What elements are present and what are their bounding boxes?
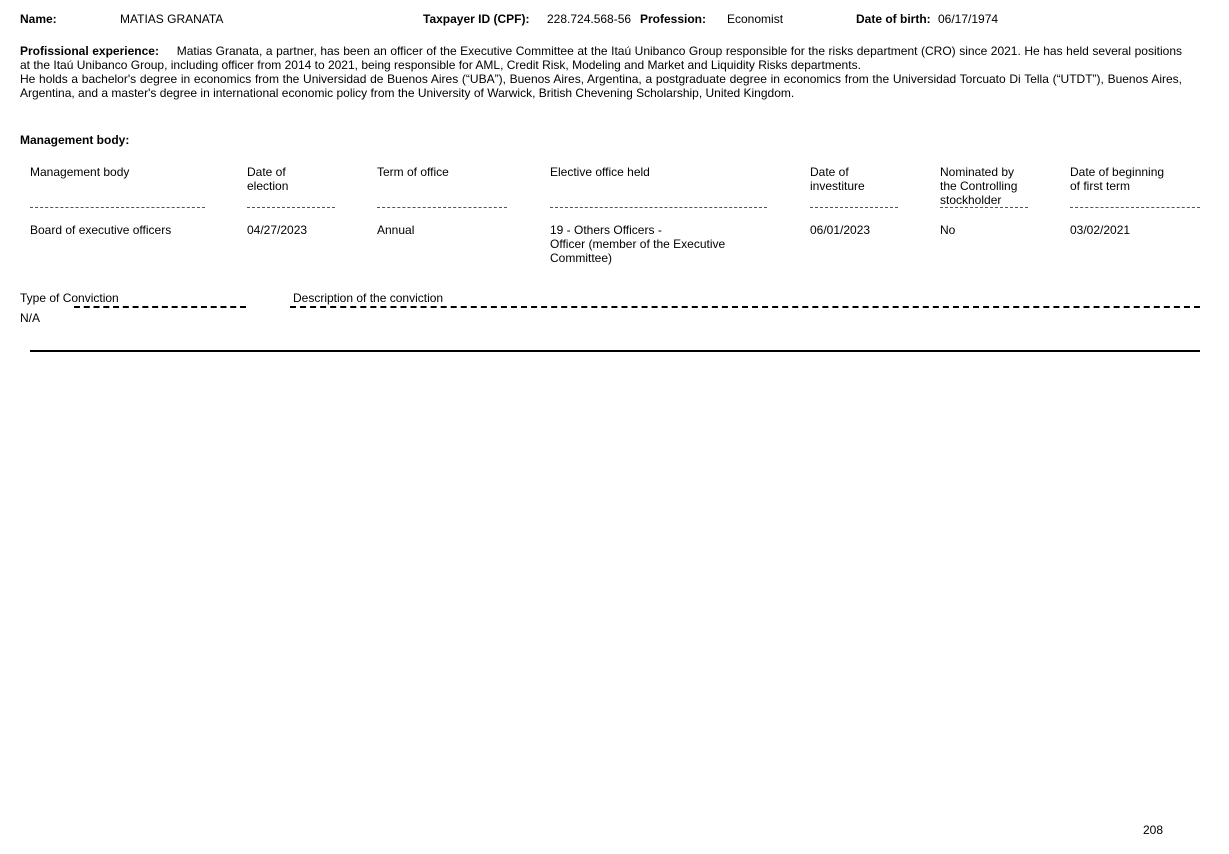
management-section-title: Management body: bbox=[20, 133, 129, 147]
column-header: Date of beginning of first term bbox=[1070, 165, 1164, 193]
name-label: Name: bbox=[20, 12, 57, 26]
column-divider bbox=[550, 207, 767, 208]
table-cell: Board of executive officers bbox=[30, 223, 171, 237]
column-divider bbox=[810, 207, 898, 208]
cpf-label: Taxpayer ID (CPF): bbox=[423, 12, 529, 26]
column-header: Elective office held bbox=[550, 165, 650, 179]
column-header: Date of election bbox=[247, 165, 288, 193]
column-header: Nominated by the Controlling stockholder bbox=[940, 165, 1017, 207]
experience-label: Profissional experience: bbox=[20, 44, 159, 58]
dob-label: Date of birth: bbox=[856, 12, 931, 26]
name-value: MATIAS GRANATA bbox=[120, 12, 223, 26]
experience-paragraph-2: He holds a bachelor's degree in economic… bbox=[20, 72, 1182, 100]
profession-label: Profession: bbox=[640, 12, 706, 26]
page-number: 208 bbox=[1143, 823, 1163, 837]
section-divider bbox=[30, 350, 1200, 352]
table-cell: Annual bbox=[377, 223, 414, 237]
column-divider bbox=[377, 207, 507, 208]
table-cell: 04/27/2023 bbox=[247, 223, 307, 237]
conviction-type-label: Type of Conviction bbox=[20, 291, 119, 305]
cpf-value: 228.724.568-56 bbox=[547, 12, 631, 26]
profession-value: Economist bbox=[727, 12, 783, 26]
conviction-description-divider bbox=[290, 306, 1200, 308]
column-header: Term of office bbox=[377, 165, 449, 179]
column-divider bbox=[30, 207, 205, 208]
dob-value: 06/17/1974 bbox=[938, 12, 998, 26]
conviction-type-value: N/A bbox=[20, 311, 40, 325]
column-header: Management body bbox=[30, 165, 129, 179]
column-divider bbox=[940, 207, 1028, 208]
table-cell: No bbox=[940, 223, 955, 237]
column-divider bbox=[1070, 207, 1200, 208]
experience-paragraph-1: Profissional experience: Matias Granata,… bbox=[20, 44, 1182, 72]
column-divider bbox=[247, 207, 335, 208]
experience-text-1: Matias Granata, a partner, has been an o… bbox=[20, 44, 1182, 72]
table-cell: 06/01/2023 bbox=[810, 223, 870, 237]
conviction-description-label: Description of the conviction bbox=[293, 291, 443, 305]
table-cell: 19 - Others Officers - Officer (member o… bbox=[550, 223, 725, 265]
table-cell: 03/02/2021 bbox=[1070, 223, 1130, 237]
conviction-type-divider bbox=[74, 306, 246, 308]
column-header: Date of investiture bbox=[810, 165, 865, 193]
experience-section: Profissional experience: Matias Granata,… bbox=[20, 44, 1182, 100]
